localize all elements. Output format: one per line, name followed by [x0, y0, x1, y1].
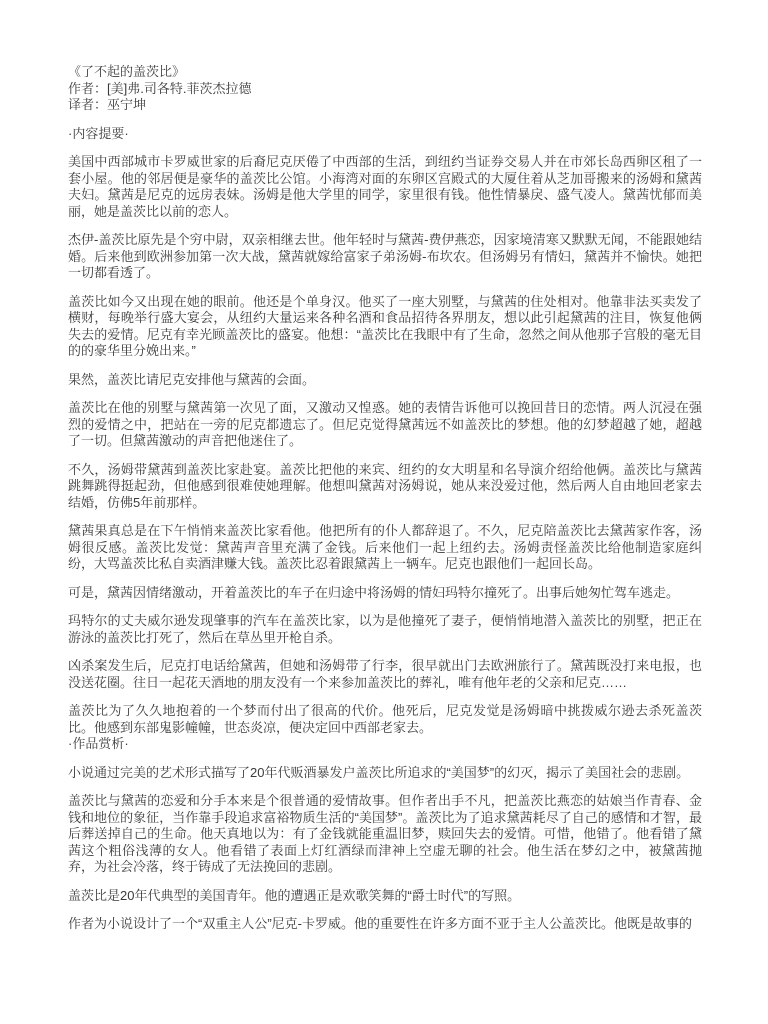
analysis-paragraph: 盖茨比是20年代典型的美国青年。他的遭遇正是欢歌笑舞的“爵士时代”的写照。 [68, 888, 702, 905]
synopsis-paragraph: 可是，黛茜因情绪激动，开着盖茨比的车子在归途中将汤姆的情妇玛特尔撞死了。出事后她… [68, 585, 702, 602]
synopsis-paragraph: 凶杀案发生后，尼克打电话给黛茜，但她和汤姆带了行李，很早就出门去欧洲旅行了。黛茜… [68, 658, 702, 691]
document-page: 《了不起的盖茨比》 作者：[美]弗.司各特.菲茨杰拉德 译者：巫宁坤 ·内容提要… [0, 0, 768, 1024]
synopsis-paragraph: 不久，汤姆带黛茜到盖茨比家赴宴。盖茨比把他的来宾、纽约的女大明星和名导演介绍给他… [68, 462, 702, 512]
analysis-heading: ·作品赏析· [68, 736, 702, 753]
analysis-paragraph: 小说通过完美的艺术形式描写了20年代贩酒暴发户盖茨比所追求的“美国梦”的幻灭，揭… [68, 765, 702, 782]
document-header: 《了不起的盖茨比》 作者：[美]弗.司各特.菲茨杰拉德 译者：巫宁坤 [68, 64, 702, 114]
section-synopsis: ·内容提要· 美国中西部城市卡罗威世家的后裔尼克厌倦了中西部的生活，到纽约当证券… [68, 126, 702, 737]
synopsis-paragraph: 杰伊-盖茨比原先是个穷中尉，双亲相继去世。他年轻时与黛茜-费伊燕恋，因家境清寒又… [68, 232, 702, 282]
analysis-paragraph: 作者为小说设计了一个“双重主人公”尼克-卡罗威。他的重要性在许多方面不亚于主人公… [68, 916, 702, 933]
author-line: 作者：[美]弗.司各特.菲茨杰拉德 [68, 81, 702, 98]
translator-line: 译者：巫宁坤 [68, 97, 702, 114]
synopsis-paragraph: 玛特尔的丈夫威尔逊发现肇事的汽车在盖茨比家，以为是他撞死了妻子，便悄悄地潜入盖茨… [68, 613, 702, 646]
synopsis-heading: ·内容提要· [68, 126, 702, 143]
synopsis-paragraph: 盖茨比如今又出现在她的眼前。他还是个单身汉。他买了一座大别墅，与黛茜的住处相对。… [68, 294, 702, 360]
analysis-paragraph: 盖茨比与黛茜的恋爱和分手本来是个很普通的爱情故事。但作者出手不凡，把盖茨比燕恋的… [68, 793, 702, 876]
synopsis-paragraph: 美国中西部城市卡罗威世家的后裔尼克厌倦了中西部的生活，到纽约当证券交易人并在市郊… [68, 154, 702, 220]
book-title: 《了不起的盖茨比》 [68, 64, 702, 81]
synopsis-paragraph: 盖茨比在他的别墅与黛茜第一次见了面，又激动又惶惑。她的表情告诉他可以挽回昔日的恋… [68, 400, 702, 450]
synopsis-paragraph: 黛茜果真总是在下午悄悄来盖茨比家看他。他把所有的仆人都辞退了。不久，尼克陪盖茨比… [68, 523, 702, 573]
synopsis-paragraph: 果然，盖茨比请尼克安排他与黛茜的会面。 [68, 372, 702, 389]
synopsis-paragraph: 盖茨比为了久久地抱着的一个梦而付出了很高的代价。他死后，尼克发觉是汤姆暗中挑拨威… [68, 703, 702, 736]
section-analysis: ·作品赏析· 小说通过完美的艺术形式描写了20年代贩酒暴发户盖茨比所追求的“美国… [68, 736, 702, 933]
